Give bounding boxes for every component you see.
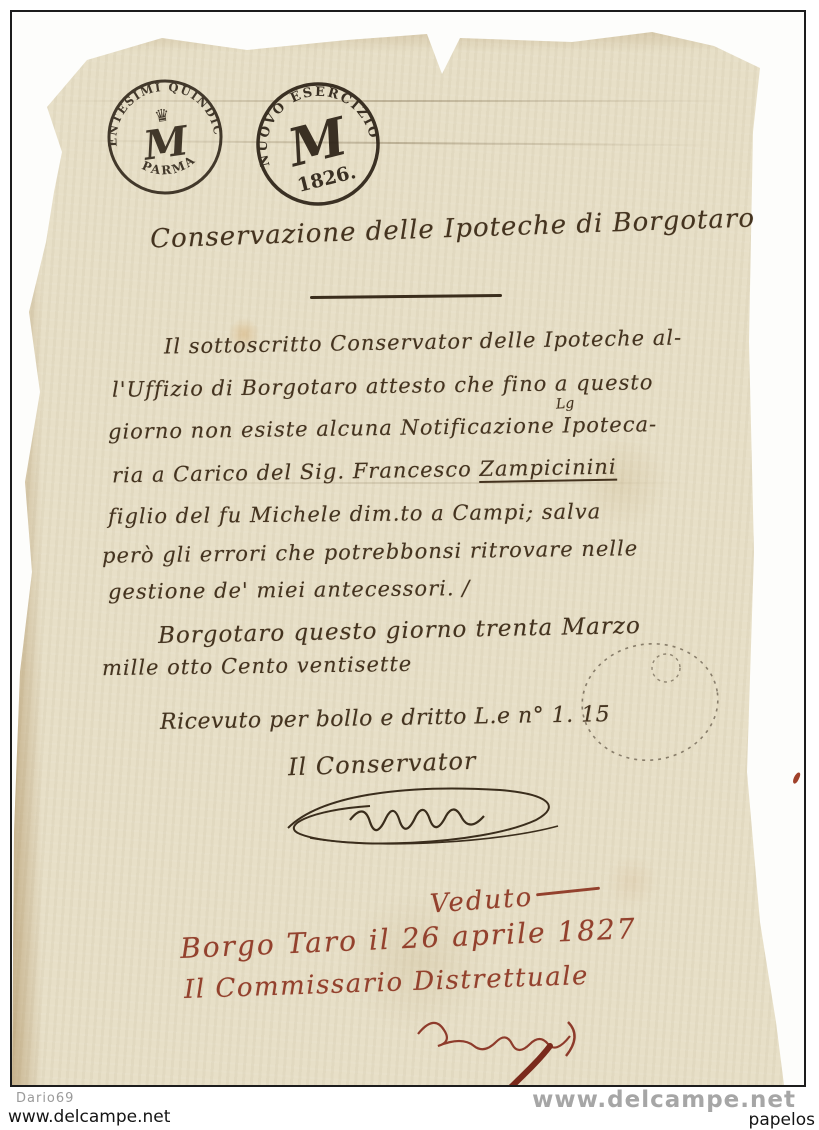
site-watermark-left: www.delcampe.net [8,1107,170,1127]
conservator-signature [280,776,580,856]
document-photo-frame: CENTESIMI QUINDICI PARMA ♛ M NUOVO ESERC… [10,10,806,1087]
pen-flourish [578,630,728,770]
brand-watermark: papelos [749,1110,815,1130]
ink-speck [792,772,801,785]
commissioner-signature [400,1000,620,1087]
scanned-document-listing: CENTESIMI QUINDICI PARMA ♛ M NUOVO ESERC… [0,0,819,1130]
dateline: mille otto Cento ventisette [102,652,413,680]
interline-insert-note: Lg [555,395,574,412]
body-line: gestione de' miei antecessori. / [108,576,471,604]
revenue-stamp-parma: CENTESIMI QUINDICI PARMA ♛ M [94,66,236,208]
stamp-monogram: M [139,117,193,170]
debtor-name: Zampicinini [479,455,617,483]
seller-watermark: Dario69 [16,1091,74,1106]
